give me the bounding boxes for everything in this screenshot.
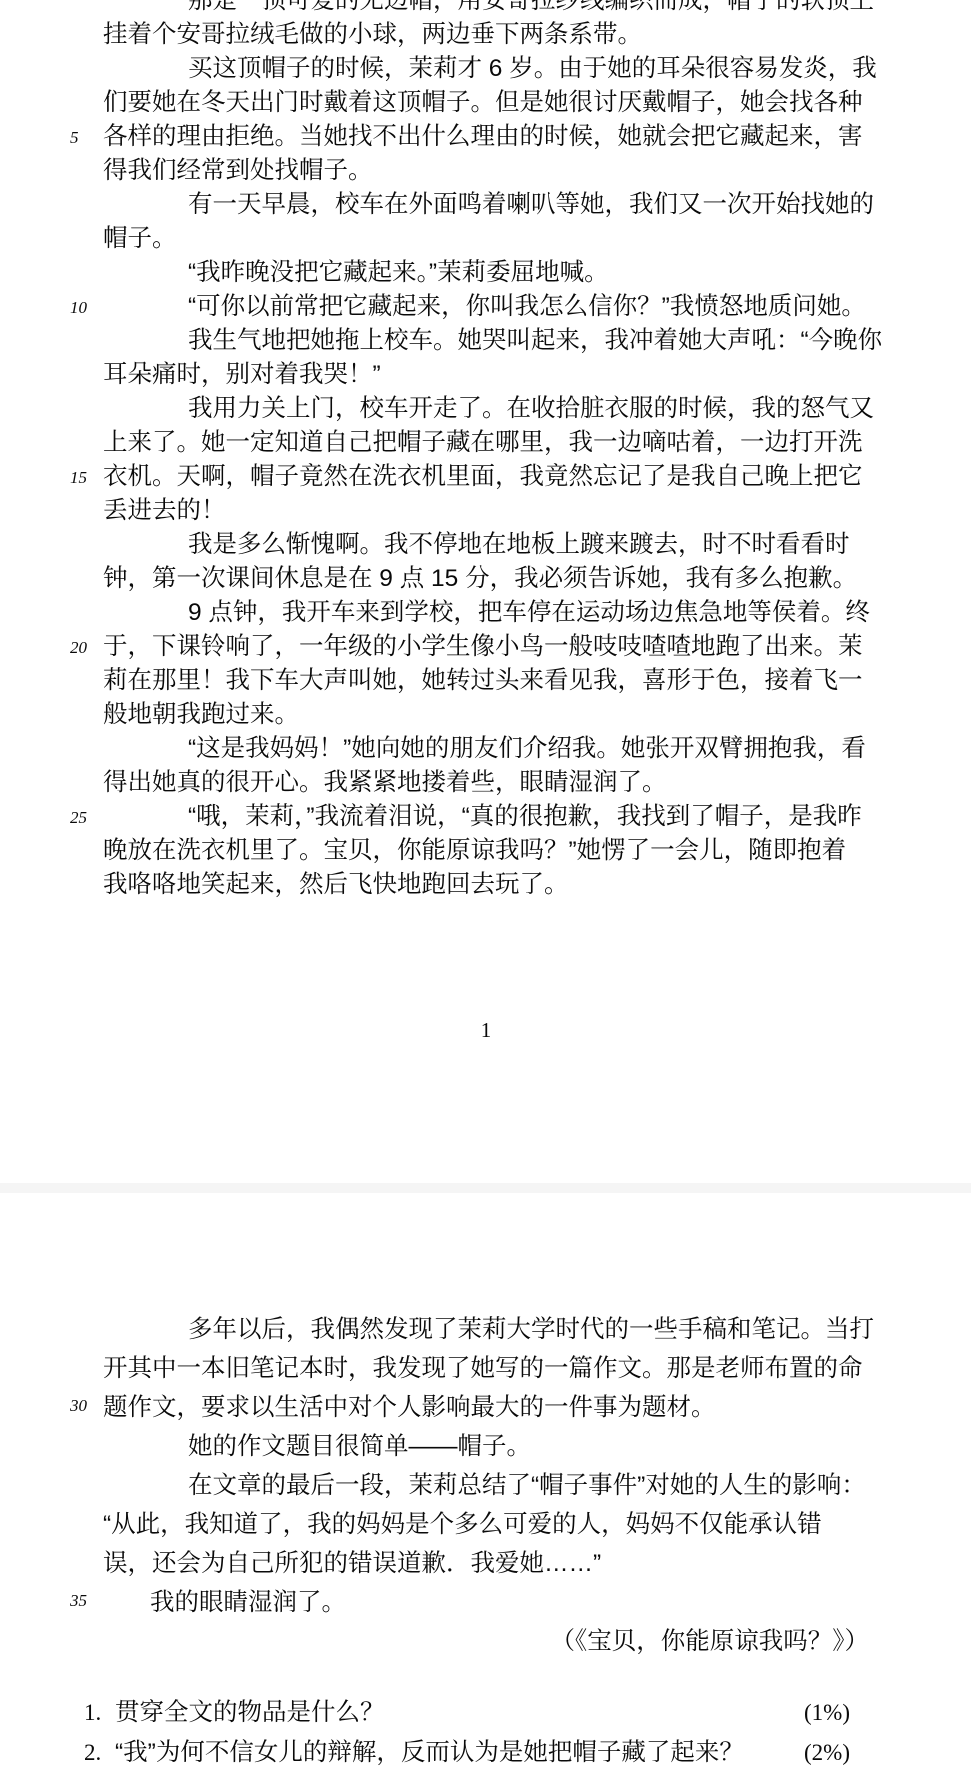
line-text: 在文章的最后一段，茉莉总结了“帽子事件”对她的人生的影响： [188, 1472, 866, 1499]
line-text: 衣机。天啊，帽子竟然在洗衣机里面，我竟然忘记了是我自己晚上把它 [103, 463, 863, 490]
text-line: 她的作文题目很简单——帽子。 [103, 1427, 869, 1466]
line-text: 我用力关上门，校车开走了。在收拾脏衣服的时候，我的怒气又 [188, 395, 874, 422]
question-number: 1. [84, 1693, 115, 1733]
text-line: 有一天早晨，校车在外面鸣着喇叭等她，我们又一次开始找她的 [103, 188, 869, 222]
text-line: 那是一顶可爱的无边帽，用安哥拉纱线编织而成，帽子的软顶上 [103, 0, 869, 18]
line-text: 于，下课铃响了，一年级的小学生像小鸟一般吱吱喳喳地跑了出来。茉 [103, 633, 863, 660]
text-line: 15衣机。天啊，帽子竟然在洗衣机里面，我竟然忘记了是我自己晚上把它 [103, 460, 869, 494]
page-1-text-column: 那是一顶可爱的无边帽，用安哥拉纱线编织而成，帽子的软顶上 挂着个安哥拉绒毛做的小… [103, 0, 869, 1042]
line-text: 多年以后，我偶然发现了茉莉大学时代的一些手稿和笔记。当打 [188, 1316, 874, 1343]
line-text: 我咯咯地笑起来，然后飞快地跑回去玩了。 [103, 871, 569, 898]
line-text: 有一天早晨，校车在外面鸣着喇叭等她，我们又一次开始找她的 [188, 191, 874, 218]
text-line: 得出她真的很开心。我紧紧地搂着些，眼睛湿润了。 [103, 766, 869, 800]
line-text: 误，还会为自己所犯的错误道歉．我爱她……” [103, 1550, 601, 1577]
question-row: 1. 贯穿全文的物品是什么？ (1%) [84, 1693, 850, 1733]
line-text: 般地朝我跑过来。 [103, 701, 299, 728]
text-line: 晚放在洗衣机里了。宝贝，你能原谅我吗？”她愣了一会儿，随即抱着 [103, 834, 869, 868]
text-line: 误，还会为自己所犯的错误道歉．我爱她……” [103, 1544, 869, 1583]
text-line: 帽子。 [103, 222, 869, 256]
document-page: { "page1": { "lines": [ { "num": "", "cu… [0, 0, 971, 1782]
line-number: 35 [70, 1584, 100, 1618]
line-text: 开其中一本旧笔记本时，我发现了她写的一篇作文。那是老师布置的命 [103, 1355, 863, 1382]
text-line: 35我的眼睛湿润了。 [103, 1583, 869, 1622]
line-text: 得出她真的很开心。我紧紧地搂着些，眼睛湿润了。 [103, 769, 667, 796]
line-text: 我是多么惭愧啊。我不停地在地板上踱来踱去，时不时看看时 [188, 531, 850, 558]
text-line: 多年以后，我偶然发现了茉莉大学时代的一些手稿和笔记。当打 [103, 1310, 869, 1349]
line-text: 晚放在洗衣机里了。宝贝，你能原谅我吗？”她愣了一会儿，随即抱着 [103, 837, 846, 864]
text-line: 我生气地把她拖上校车。她哭叫起来，我冲着她大声吼：“今晚你 [103, 324, 869, 358]
line-text: 耳朵痛时，别对着我哭！” [103, 361, 381, 388]
text-line: “这是我妈妈！”她向她的朋友们介绍我。她张开双臂拥抱我，看 [103, 732, 869, 766]
text-line: 挂着个安哥拉绒毛做的小球，两边垂下两条系带。 [103, 18, 869, 52]
text-line: 得我们经常到处找帽子。 [103, 154, 869, 188]
text-line: 10“可你以前常把它藏起来，你叫我怎么信你？”我愤怒地质问她。 [103, 290, 869, 324]
line-text: 那是一顶可爱的无边帽，用安哥拉纱线编织而成，帽子的软顶上 [188, 0, 874, 14]
line-number: 15 [70, 461, 100, 495]
source-attribution: （《宝贝，你能原谅我吗？》） [103, 1622, 869, 1661]
line-text: 挂着个安哥拉绒毛做的小球，两边垂下两条系带。 [103, 21, 642, 48]
text-line: 在文章的最后一段，茉莉总结了“帽子事件”对她的人生的影响： [103, 1466, 869, 1505]
page-1: 那是一顶可爱的无边帽，用安哥拉纱线编织而成，帽子的软顶上 挂着个安哥拉绒毛做的小… [0, 0, 971, 1183]
text-line: 耳朵痛时，别对着我哭！” [103, 358, 869, 392]
text-line: 般地朝我跑过来。 [103, 698, 869, 732]
line-number: 30 [70, 1389, 100, 1423]
text-line: 25“哦，茉莉，”我流着泪说，“真的很抱歉，我找到了帽子，是我昨 [103, 800, 869, 834]
text-line: 我咯咯地笑起来，然后飞快地跑回去玩了。 [103, 868, 869, 902]
questions-block: 1. 贯穿全文的物品是什么？ (1%) 2. “我”为何不信女儿的辩解，反而认为… [84, 1693, 850, 1773]
line-text: 我生气地把她拖上校车。她哭叫起来，我冲着她大声吼：“今晚你 [188, 327, 882, 354]
question-number: 2. [84, 1733, 115, 1773]
line-text: 我的眼睛湿润了。 [150, 1589, 346, 1616]
line-number: 5 [70, 121, 100, 155]
text-line: 莉在那里！我下车大声叫她，她转过头来看见我，喜形于色，接着飞一 [103, 664, 869, 698]
line-text: 9 点钟，我开车来到学校，把车停在运动场边焦急地等侯着。终 [188, 599, 870, 626]
text-line: 我用力关上门，校车开走了。在收拾脏衣服的时候，我的怒气又 [103, 392, 869, 426]
line-text: 买这顶帽子的时候，茉莉才 6 岁。由于她的耳朵很容易发炎，我 [188, 55, 877, 82]
line-text: “这是我妈妈！”她向她的朋友们介绍我。她张开双臂拥抱我，看 [188, 735, 866, 762]
text-line: “从此，我知道了，我的妈妈是个多么可爱的人，妈妈不仅能承认错 [103, 1505, 869, 1544]
line-number: 10 [70, 291, 100, 325]
page-2: 多年以后，我偶然发现了茉莉大学时代的一些手稿和笔记。当打 开其中一本旧笔记本时，… [0, 1193, 971, 1782]
line-text: 莉在那里！我下车大声叫她，她转过头来看见我，喜形于色，接着飞一 [103, 667, 863, 694]
question-text: 贯穿全文的物品是什么？ [115, 1693, 804, 1733]
text-line: 丢进去的！ [103, 494, 869, 528]
line-text: 钟，第一次课间休息是在 9 点 15 分，我必须告诉她，我有多么抱歉。 [103, 565, 857, 592]
line-text: 题作文，要求以生活中对个人影响最大的一件事为题材。 [103, 1394, 716, 1421]
text-line: 30题作文，要求以生活中对个人影响最大的一件事为题材。 [103, 1388, 869, 1427]
text-line: “我昨晚没把它藏起来。”茉莉委屈地喊。 [103, 256, 869, 290]
text-line: 9 点钟，我开车来到学校，把车停在运动场边焦急地等侯着。终 [103, 596, 869, 630]
line-text: 各样的理由拒绝。当她找不出什么理由的时候，她就会把它藏起来，害 [103, 123, 863, 150]
line-text: 她的作文题目很简单——帽子。 [188, 1433, 531, 1460]
page-number: 1 [103, 1018, 869, 1042]
text-line: 买这顶帽子的时候，茉莉才 6 岁。由于她的耳朵很容易发炎，我 [103, 52, 869, 86]
line-text: 帽子。 [103, 225, 177, 252]
text-line: 开其中一本旧笔记本时，我发现了她写的一篇作文。那是老师布置的命 [103, 1349, 869, 1388]
question-text: “我”为何不信女儿的辩解，反而认为是她把帽子藏了起来？ [115, 1733, 804, 1773]
question-row: 2. “我”为何不信女儿的辩解，反而认为是她把帽子藏了起来？ (2%) [84, 1733, 850, 1773]
line-text: “可你以前常把它藏起来，你叫我怎么信你？”我愤怒地质问她。 [188, 293, 866, 320]
text-line: 5各样的理由拒绝。当她找不出什么理由的时候，她就会把它藏起来，害 [103, 120, 869, 154]
text-line: 们要她在冬天出门时戴着这顶帽子。但是她很讨厌戴帽子，她会找各种 [103, 86, 869, 120]
line-text: “我昨晚没把它藏起来。”茉莉委屈地喊。 [188, 259, 609, 286]
question-mark: (1%) [804, 1693, 850, 1733]
line-number: 20 [70, 631, 100, 665]
page-separator [0, 1183, 971, 1193]
text-line: 钟，第一次课间休息是在 9 点 15 分，我必须告诉她，我有多么抱歉。 [103, 562, 869, 596]
text-line: 上来了。她一定知道自己把帽子藏在哪里，我一边嘀咕着，一边打开洗 [103, 426, 869, 460]
text-line: 我是多么惭愧啊。我不停地在地板上踱来踱去，时不时看看时 [103, 528, 869, 562]
line-text: 上来了。她一定知道自己把帽子藏在哪里，我一边嘀咕着，一边打开洗 [103, 429, 863, 456]
page-2-text-column: 多年以后，我偶然发现了茉莉大学时代的一些手稿和笔记。当打 开其中一本旧笔记本时，… [103, 1193, 869, 1661]
line-text: 得我们经常到处找帽子。 [103, 157, 373, 184]
line-number: 25 [70, 801, 100, 835]
line-text: “从此，我知道了，我的妈妈是个多么可爱的人，妈妈不仅能承认错 [103, 1511, 822, 1538]
question-mark: (2%) [804, 1733, 850, 1773]
line-text: 丢进去的！ [103, 497, 226, 524]
line-text: “哦，茉莉，”我流着泪说，“真的很抱歉，我找到了帽子，是我昨 [188, 803, 862, 830]
line-text: 们要她在冬天出门时戴着这顶帽子。但是她很讨厌戴帽子，她会找各种 [103, 89, 863, 116]
text-line: 20于，下课铃响了，一年级的小学生像小鸟一般吱吱喳喳地跑了出来。茉 [103, 630, 869, 664]
